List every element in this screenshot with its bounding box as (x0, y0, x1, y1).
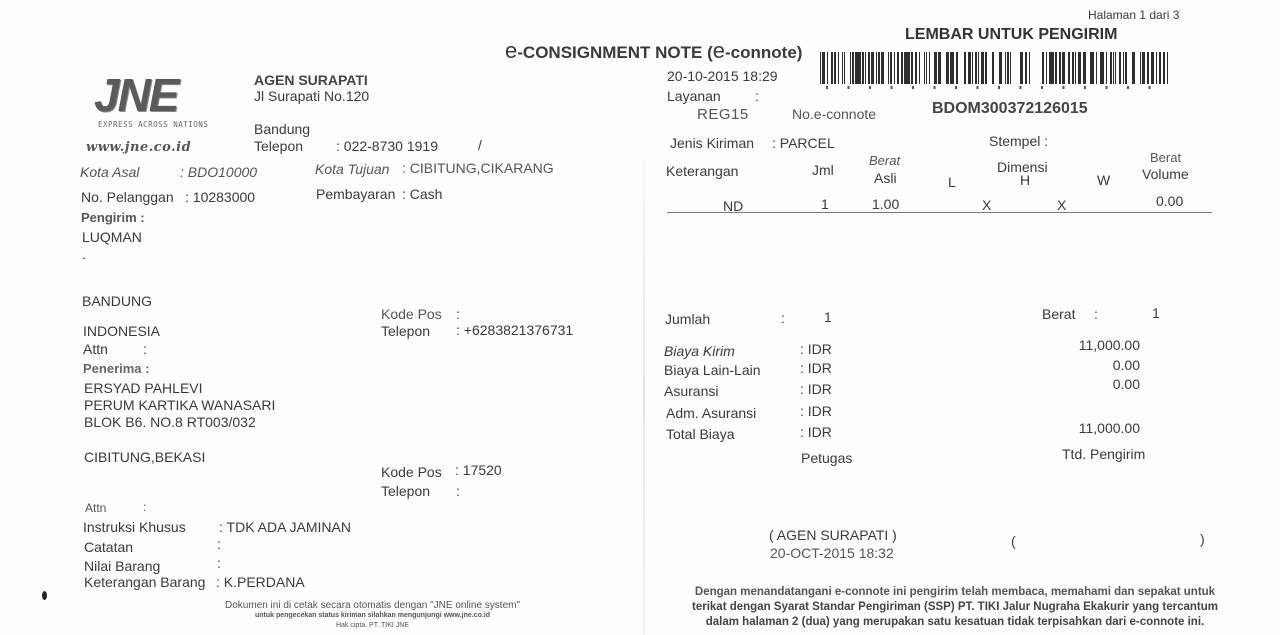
col-berat-vol-2: Volume (1142, 166, 1189, 182)
nilai-label: Nilai Barang (84, 558, 160, 574)
pelanggan-label: No. Pelanggan (81, 189, 174, 205)
agent-phone-value: : 022-8730 1919 (336, 138, 438, 154)
kota-asal-value: : BDO10000 (180, 164, 257, 180)
jumlah-value: 1 (824, 309, 832, 325)
receiver-kodepos-value: : 17520 (455, 462, 502, 478)
berat-label: Berat (1042, 306, 1075, 322)
signature-datetime: 20-OCT-2015 18:32 (770, 545, 894, 561)
sender-country: INDONESIA (83, 323, 160, 339)
connote-number: BDOM300372126015 (932, 100, 1088, 118)
keterangan-label: Keterangan Barang (84, 574, 205, 590)
kota-tujuan-label: Kota Tujuan (315, 161, 389, 177)
barcode-icon (820, 52, 1170, 90)
footer-line3: Hak cipta. PT. TIKI JNE (190, 622, 555, 629)
sender-attn-value: : (143, 341, 147, 357)
sender-label: Pengirim : (81, 210, 145, 225)
receiver-name: ERSYAD PAHLEVI (84, 380, 203, 396)
receiver-attn-value: : (143, 500, 146, 514)
layanan-value: REG15 (697, 106, 749, 123)
sender-kodepos-label: Kode Pos (381, 306, 442, 322)
cost-amount: 11,000.00 (1079, 337, 1140, 353)
cost-label: Adm. Asuransi (666, 405, 756, 421)
website-url: www.jne.co.id (86, 140, 191, 155)
jenis-label: Jenis Kiriman (670, 135, 754, 151)
col-h: H (1020, 172, 1030, 188)
agent-address: Jl Surapati No.120 (254, 88, 369, 104)
col-keterangan: Keterangan (666, 163, 738, 179)
cost-label: Total Biaya (666, 426, 734, 442)
row-x2: X (1057, 197, 1066, 213)
catatan-label: Catatan (84, 539, 133, 555)
cost-amount: 0.00 (1113, 357, 1140, 373)
keterangan-value: : K.PERDANA (216, 574, 305, 590)
table-divider (667, 212, 1212, 213)
catatan-value: : (217, 536, 221, 552)
instruksi-value: : TDK ADA JAMINAN (219, 519, 351, 535)
nilai-value: : (217, 555, 221, 571)
receiver-telepon-label: Telepon (381, 483, 430, 499)
receiver-telepon-value: : (456, 483, 460, 499)
title-e: e (713, 38, 725, 63)
agent-city: Bandung (254, 121, 310, 137)
row-jml: 1 (821, 196, 829, 212)
receiver-attn-label: Attn (85, 501, 106, 515)
cost-currency: : IDR (800, 424, 832, 440)
receiver-kodepos-label: Kode Pos (381, 464, 442, 480)
jumlah-colon: : (781, 310, 785, 326)
row-berat-asli: 1.00 (872, 196, 899, 212)
scan-speck (42, 591, 47, 600)
page-indicator: Halaman 1 dari 3 (1088, 8, 1179, 22)
berat-value: 1 (1152, 305, 1160, 321)
sender-sign-open: ( (1011, 533, 1016, 549)
cost-amount: 11,000.00 (1079, 420, 1140, 436)
instruksi-label: Instruksi Khusus (83, 519, 186, 535)
receiver-city: CIBITUNG,BEKASI (84, 449, 205, 465)
layanan-label: Layanan (667, 88, 721, 104)
col-jml: Jml (812, 162, 834, 178)
sender-telepon-label: Telepon (381, 323, 430, 339)
pembayaran-value: : Cash (402, 186, 442, 202)
paper-fold-line (643, 160, 645, 635)
stempel-label: Stempel : (989, 133, 1048, 149)
receiver-address1: PERUM KARTIKA WANASARI (84, 397, 275, 413)
sender-kodepos-value: : (456, 306, 460, 322)
berat-colon: : (1094, 306, 1098, 322)
disclaimer-line2: terikat dengan Syarat Standar Pengiriman… (650, 601, 1260, 613)
petugas-label: Petugas (801, 450, 852, 466)
cost-currency: : IDR (800, 381, 832, 397)
disclaimer-line1: Dengan menandatangani e-connote ini peng… (650, 586, 1260, 598)
col-berat-asli-2: Asli (874, 170, 897, 186)
receiver-label: Penerima : (83, 361, 149, 376)
cost-currency: : IDR (800, 341, 832, 357)
kota-asal-label: Kota Asal (80, 164, 139, 180)
agent-phone-label: Telepon (254, 138, 303, 154)
agent-signature: ( AGEN SURAPATI ) (769, 527, 897, 543)
sender-line2: . (82, 246, 86, 262)
logo-wordmark: JNE (94, 72, 177, 118)
title-main: -CONSIGNMENT NOTE ( (517, 43, 713, 62)
kota-tujuan-value: : CIBITUNG,CIKARANG (402, 160, 554, 176)
ttd-pengirim-label: Ttd. Pengirim (1062, 446, 1145, 462)
cost-amount: 0.00 (1113, 376, 1140, 392)
jenis-value: : PARCEL (772, 135, 835, 151)
sender-city: BANDUNG (82, 293, 152, 309)
col-w: W (1097, 172, 1110, 188)
layanan-colon: : (755, 88, 759, 104)
print-datetime: 20-10-2015 18:29 (667, 68, 778, 84)
jumlah-label: Jumlah (665, 311, 710, 327)
row-x1: X (982, 197, 991, 213)
cost-label: Asuransi (664, 383, 718, 399)
footer-line2: untuk pengecekan status kiriman silahkan… (190, 612, 555, 619)
cost-currency: : IDR (800, 360, 832, 376)
disclaimer-line3: dalam halaman 2 (dua) yang merupakan sat… (650, 616, 1260, 628)
col-berat-asli-1: Berat (869, 153, 900, 168)
receiver-address2: BLOK B6. NO.8 RT003/032 (84, 414, 256, 430)
pelanggan-value: : 10283000 (185, 189, 255, 205)
sender-attn-label: Attn (83, 341, 108, 357)
cost-label: Biaya Kirim (664, 343, 735, 359)
cost-label: Biaya Lain-Lain (664, 362, 761, 378)
jne-logo: JNE EXPRESS ACROSS NATIONS (86, 72, 226, 134)
agent-phone-extra: / (478, 137, 482, 153)
title-end: -connote) (725, 43, 802, 62)
sheet-title: LEMBAR UNTUK PENGIRIM (905, 26, 1117, 44)
logo-tagline: EXPRESS ACROSS NATIONS (98, 120, 208, 129)
sender-name: LUQMAN (82, 229, 142, 245)
row-berat-volume: 0.00 (1156, 193, 1183, 209)
cost-currency: : IDR (800, 403, 832, 419)
document-title: e-CONSIGNMENT NOTE (e-connote) (505, 38, 802, 64)
title-prefix: e (505, 38, 517, 63)
col-l: L (948, 174, 956, 190)
sender-sign-close: ) (1200, 531, 1205, 547)
sender-telepon-value: : +6283821376731 (456, 322, 573, 338)
agent-name: AGEN SURAPATI (254, 72, 368, 88)
pembayaran-label: Pembayaran (316, 186, 395, 202)
connote-label: No.e-connote (792, 106, 876, 122)
footer-line1: Dokumen ini di cetak secara otomatis den… (190, 600, 555, 611)
col-berat-vol-1: Berat (1150, 150, 1181, 165)
